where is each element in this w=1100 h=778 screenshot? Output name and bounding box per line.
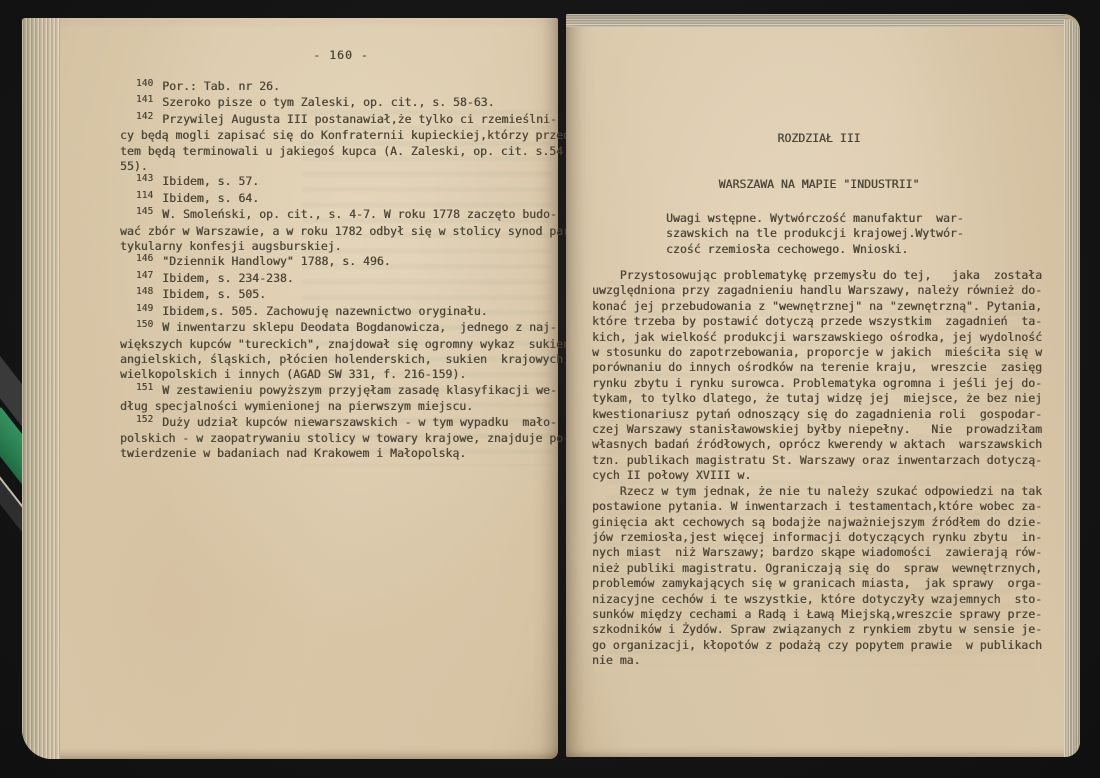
footnote-number: 140 [136, 78, 153, 89]
footnote-number: 151 [136, 382, 153, 393]
left-page-fore-edge [22, 18, 60, 759]
body-line: porównaniu do innych ośrodków na terenie… [592, 360, 1048, 375]
footnote-line: 114Ibidem, s. 64. [120, 191, 564, 207]
body-line: Przystosowując problematykę przemysłu do… [592, 268, 1048, 283]
footnote-line: twierdzenie w badaniach nad Krakowem i M… [120, 446, 564, 461]
footnote-number: 146 [136, 253, 153, 264]
footnote-number: 145 [136, 206, 153, 217]
body-text: Przystosowując problematykę przemysłu do… [592, 268, 1048, 669]
footnote-line: 148Ibidem, s. 505. [120, 287, 564, 303]
footnote-number: 152 [136, 414, 153, 425]
body-line: uwzględniona przy zagadnieniu handlu War… [592, 283, 1048, 298]
footnote-line: dług specjalności wymienionej na pierwsz… [120, 399, 564, 414]
body-line: tykam, to tylko dlatego, że tutaj widzę … [592, 391, 1048, 406]
body-line: w stosunku do zapotrzebowania, proporcje… [592, 345, 1048, 360]
footnote-line: polskich - w zaopatrywaniu stolicy w tow… [120, 431, 564, 446]
footnote-line: 142Przywilej Augusta III postanawiał,że … [120, 112, 564, 128]
body-line: Rzecz w tym jednak, że nie tu należy szu… [592, 484, 1048, 499]
page-number: - 160 - [120, 48, 562, 63]
footnotes: 140Por.: Tab. nr 26.141Szeroko pisze o t… [120, 79, 564, 462]
footnote-number: 150 [136, 319, 153, 330]
footnote-line: 152Duży udział kupców niewarszawskich - … [120, 415, 564, 431]
body-line: kwestionariusz pytań odnoszący się do za… [592, 407, 1048, 422]
footnote-line: większych kupców "tureckich", znajdował … [120, 337, 564, 352]
body-line: szkodników i Żydów. Spraw związanych z r… [592, 622, 1048, 637]
body-line: które trzeba by postawić dotyczą przede … [592, 314, 1048, 329]
footnote-line: 143Ibidem, s. 57. [120, 174, 564, 190]
body-line: rynku zbytu i rynku surowca. Problematyk… [592, 376, 1048, 391]
body-line: czej Warszawy stanisławowskiej byłby nie… [592, 422, 1048, 437]
footnote-line: 55). [120, 159, 564, 174]
footnote-line: 149Ibidem,s. 505. Zachowuję nazewnictwo … [120, 304, 564, 320]
abstract-line: szawskich na tle produkcji krajowej.Wytw… [666, 226, 964, 241]
body-line: jów rzemiosła,jest więcej informacji dot… [592, 530, 1048, 545]
body-line: go organizacji, kłopotów z podażą czy po… [592, 638, 1048, 653]
footnote-number: 147 [136, 270, 153, 281]
footnote-line: 145W. Smoleński, op. cit., s. 4-7. W rok… [120, 207, 564, 223]
chapter-abstract: Uwagi wstępne. Wytwórczość manufaktur wa… [666, 211, 964, 257]
body-line: tzn. publikach magistratu St. Warszawy o… [592, 453, 1048, 468]
body-line: nych miast niż Warszawy; bardzo skąpe wi… [592, 545, 1048, 560]
footnote-line: 151W zestawieniu powyższym przyjęłam zas… [120, 383, 564, 399]
body-line: nie ma. [592, 653, 1048, 668]
book-spread: - 160 - 140Por.: Tab. nr 26.141Szeroko p… [0, 0, 1100, 778]
left-page: - 160 - 140Por.: Tab. nr 26.141Szeroko p… [22, 18, 558, 759]
body-line: nież publiki magistratu. Ograniczają się… [592, 561, 1048, 576]
footnote-line: 150W inwentarzu sklepu Deodata Bogdanowi… [120, 320, 564, 336]
chapter-heading: ROZDZIAŁ III [593, 131, 1045, 146]
footnote-line: tykularny konfesji augsburskiej. [120, 239, 564, 254]
footnote-line: 140Por.: Tab. nr 26. [120, 79, 564, 95]
body-line: cych II połowy XVIII w. [592, 468, 1048, 483]
abstract-line: czość rzemiosła cechowego. Wnioski. [666, 242, 964, 257]
body-line: sunków między cechami a Radą i Ławą Miej… [592, 607, 1048, 622]
body-line: kich, jak wielkość produkcji warszawskie… [592, 330, 1048, 345]
footnote-number: 149 [136, 303, 153, 314]
right-page-fore-edge [1064, 19, 1080, 757]
footnote-line: wać zbór w Warszawie, a w roku 1782 odby… [120, 224, 564, 239]
body-line: nizacyjne cechów i te wszystkie, które d… [592, 592, 1048, 607]
footnote-line: 147Ibidem, s. 234-238. [120, 271, 564, 287]
footnote-number: 143 [136, 173, 153, 184]
footnote-line: 141Szeroko pisze o tym Zaleski, op. cit.… [120, 95, 564, 111]
footnote-number: 114 [136, 190, 153, 201]
body-line: własnych badań źródłowych, oprócz kweren… [592, 437, 1048, 452]
footnote-line: angielskich, śląskich, płócien holenders… [120, 352, 564, 367]
right-page-top-edge [566, 14, 1072, 27]
chapter-title: WARSZAWA NA MAPIE "INDUSTRII" [593, 177, 1045, 192]
footnote-line: 146"Dziennik Handlowy" 1788, s. 496. [120, 254, 564, 270]
body-line: problemów zamykających się w granicach m… [592, 576, 1048, 591]
body-line: konać jej przebudowania z "wewnętrznej" … [592, 299, 1048, 314]
footnote-line: wielkopolskich i innych (AGAD SW 331, f.… [120, 367, 564, 382]
abstract-line: Uwagi wstępne. Wytwórczość manufaktur wa… [666, 211, 964, 226]
footnote-line: tem będą terminowali u jakiegoś kupca (A… [120, 144, 564, 159]
footnote-number: 142 [136, 111, 153, 122]
footnote-number: 148 [136, 286, 153, 297]
body-line: postawione pytania. W inwentarzach i tes… [592, 499, 1048, 514]
footnote-number: 141 [136, 94, 153, 105]
body-line: ginięcia akt cechowych są bodajże najważ… [592, 515, 1048, 530]
right-page: ROZDZIAŁ III WARSZAWA NA MAPIE "INDUSTRI… [566, 14, 1080, 757]
footnote-line: cy będą mogli zapisać się do Konfraterni… [120, 128, 564, 143]
